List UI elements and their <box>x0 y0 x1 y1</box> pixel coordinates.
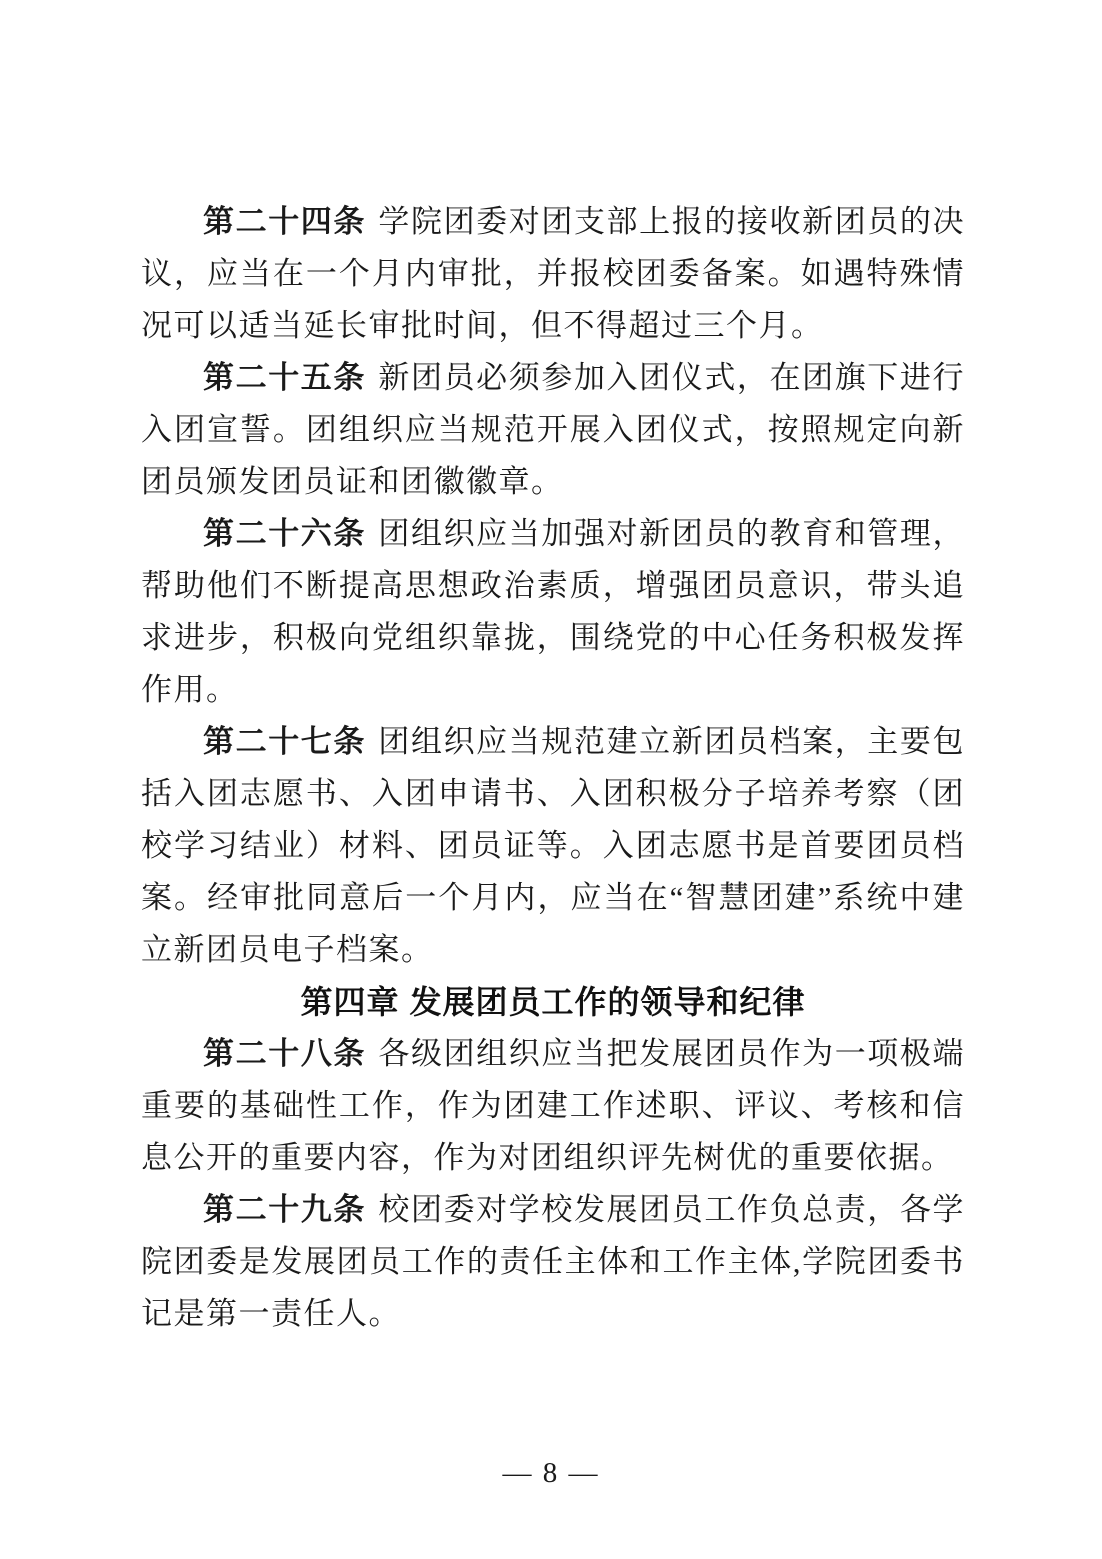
article-text-27: 团组织应当规范建立新团员档案，主要包括入团志愿书、入团申请书、入团积极分子培养考… <box>141 724 965 967</box>
article-paragraph-25: 第二十五条新团员必须参加入团仪式，在团旗下进行入团宣誓。团组织应当规范开展入团仪… <box>141 352 965 508</box>
chapter-heading: 第四章 发展团员工作的领导和纪律 <box>141 976 965 1028</box>
article-number-24: 第二十四条 <box>203 204 366 239</box>
article-paragraph-28: 第二十八条各级团组织应当把发展团员作为一项极端重要的基础性工作，作为团建工作述职… <box>141 1028 965 1184</box>
article-paragraph-29: 第二十九条校团委对学校发展团员工作负总责，各学院团委是发展团员工作的责任主体和工… <box>141 1184 965 1340</box>
document-page: 第二十四条学院团委对团支部上报的接收新团员的决议，应当在一个月内审批，并报校团委… <box>0 0 1102 1559</box>
article-paragraph-26: 第二十六条团组织应当加强对新团员的教育和管理，帮助他们不断提高思想政治素质，增强… <box>141 508 965 716</box>
article-paragraph-24: 第二十四条学院团委对团支部上报的接收新团员的决议，应当在一个月内审批，并报校团委… <box>141 196 965 352</box>
article-number-29: 第二十九条 <box>203 1192 366 1227</box>
article-number-25: 第二十五条 <box>203 360 366 395</box>
page-number: — 8 — <box>0 1455 1102 1491</box>
article-paragraph-27: 第二十七条团组织应当规范建立新团员档案，主要包括入团志愿书、入团申请书、入团积极… <box>141 716 965 976</box>
document-body: 第二十四条学院团委对团支部上报的接收新团员的决议，应当在一个月内审批，并报校团委… <box>141 196 965 1340</box>
article-number-26: 第二十六条 <box>203 516 366 551</box>
article-number-27: 第二十七条 <box>203 724 366 759</box>
article-number-28: 第二十八条 <box>203 1036 366 1071</box>
